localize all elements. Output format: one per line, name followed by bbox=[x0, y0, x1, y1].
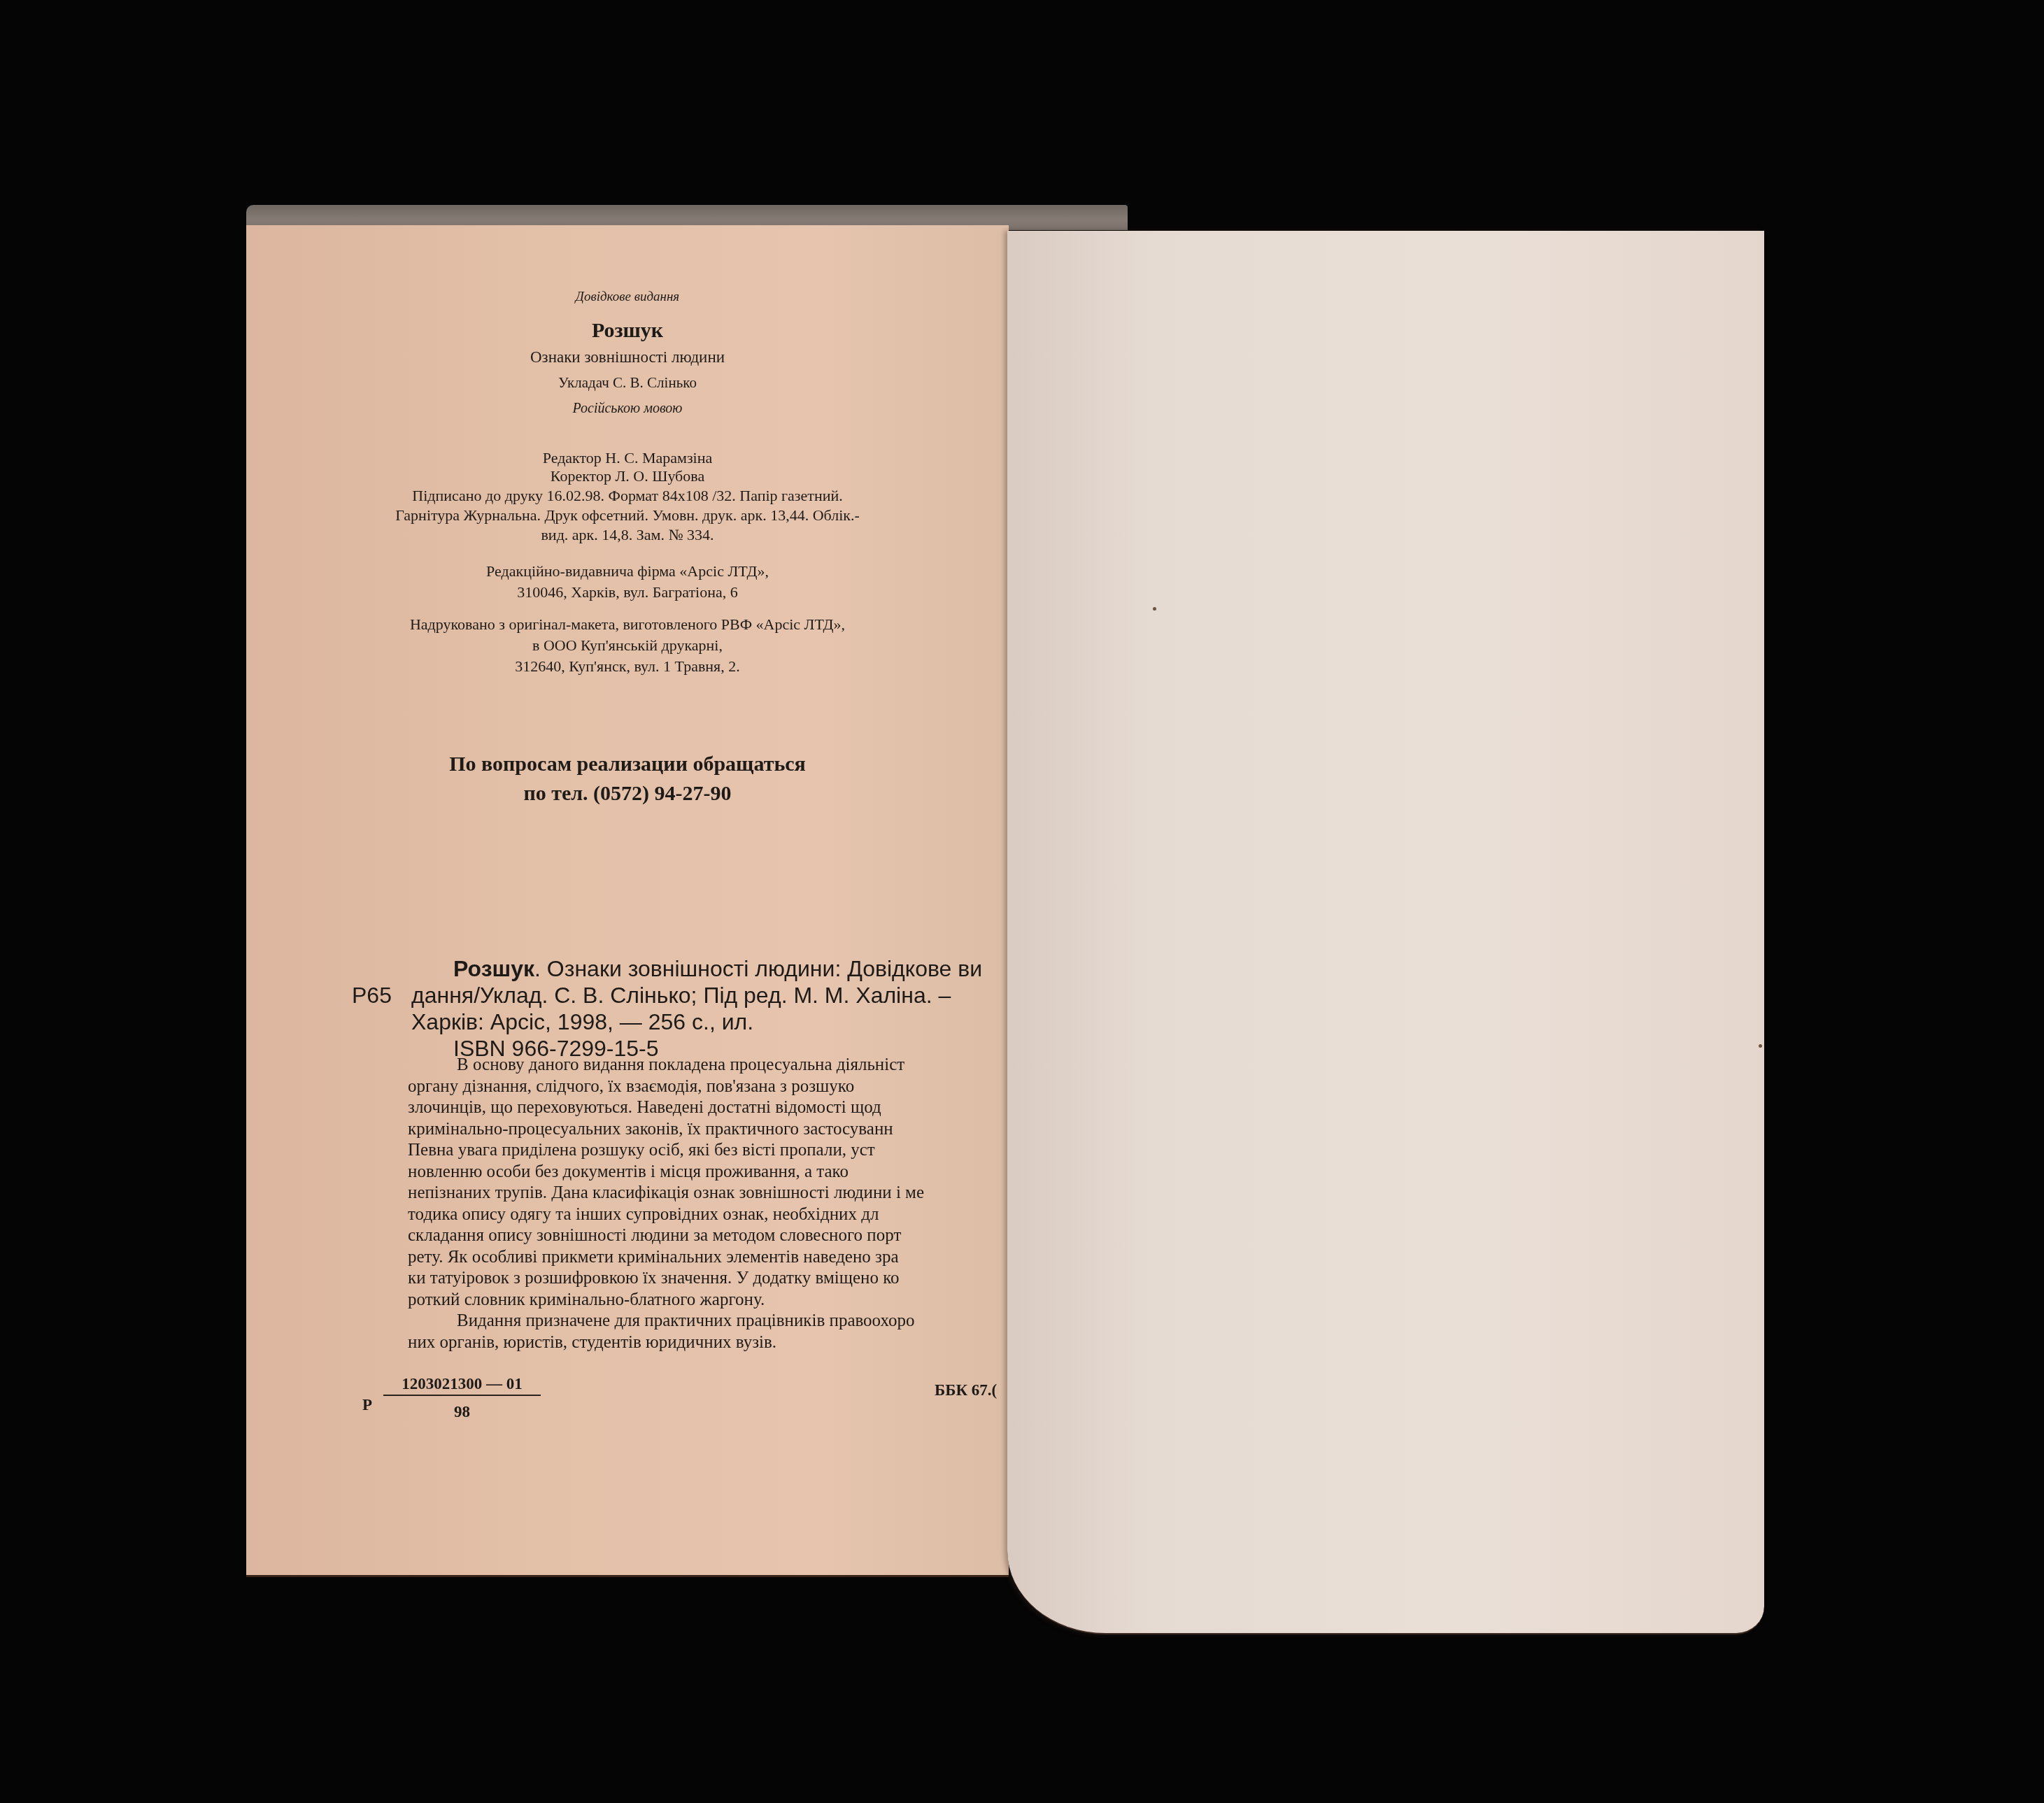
printer-info: Надруковано з оригінал-макета, виготовле… bbox=[246, 614, 1009, 677]
annotation-line: Певна увага приділена розшуку осіб, які … bbox=[408, 1140, 1009, 1162]
annotation-line: тодика опису одягу та інших супровідних … bbox=[408, 1204, 1009, 1226]
publisher-name: Редакційно-видавнича фірма «Арсіс ЛТД», bbox=[246, 561, 1009, 582]
biblio-line-2: дання/Уклад. С. В. Слінько; Під ред. М. … bbox=[411, 983, 1009, 1008]
paper-edge-mark bbox=[1759, 1044, 1762, 1048]
sales-notice-phone: по тел. (0572) 94-27-90 bbox=[246, 779, 1009, 808]
printer-line-1: Надруковано з оригінал-макета, виготовле… bbox=[246, 614, 1009, 635]
annotation-line: органу дізнання, слідчого, їх взаємодія,… bbox=[408, 1076, 1009, 1098]
catalog-numerator: 1203021300 — 01 bbox=[383, 1375, 541, 1396]
book-subtitle: Ознаки зовнішності людини bbox=[246, 348, 1009, 366]
paper-speck bbox=[1153, 607, 1156, 611]
annotation-line: В основу даного видання покладена процес… bbox=[408, 1055, 1009, 1076]
order-line: вид. арк. 14,8. Зам. № 334. bbox=[246, 525, 1009, 546]
proofreader-line: Коректор Л. О. Шубова bbox=[246, 466, 1009, 487]
publisher-address: 310046, Харків, вул. Багратіона, 6 bbox=[246, 582, 1009, 603]
typeface-line: Гарнітура Журнальна. Друк офсетний. Умов… bbox=[246, 505, 1009, 526]
print-signed-line: Підписано до друку 16.02.98. Формат 84х1… bbox=[246, 485, 1009, 506]
biblio-line-3: Харків: Арсіс, 1998, — 256 с., ил. bbox=[411, 1009, 753, 1034]
annotation-line: ки татуіровок з розшифровкою їх значення… bbox=[408, 1268, 1009, 1290]
biblio-line-1: Розшук. Ознаки зовнішності людини: Довід… bbox=[453, 956, 1009, 981]
sales-notice: По вопросам реализации обращаться по тел… bbox=[246, 750, 1009, 808]
edition-type: Довідкове видання bbox=[246, 290, 1009, 305]
annotation-line: рету. Як особливі прикмети кримінальних … bbox=[408, 1247, 1009, 1269]
annotation: В основу даного видання покладена процес… bbox=[408, 1055, 1009, 1353]
annotation-line: них органів, юристів, студентів юридични… bbox=[408, 1332, 1009, 1354]
annotation-line: злочинців, що переховуються. Наведені до… bbox=[408, 1097, 1009, 1119]
sales-notice-line-1: По вопросам реализации обращаться bbox=[246, 750, 1009, 779]
book-title: Розшук bbox=[246, 319, 1009, 343]
compiler: Укладач С. В. Слінько bbox=[246, 374, 1009, 392]
flyleaf-page bbox=[1007, 231, 1764, 1634]
imprint-page: Довідкове видання Розшук Ознаки зовнішно… bbox=[246, 225, 1009, 1577]
bbk-code: ББК 67.( bbox=[935, 1381, 1010, 1399]
biblio-line-1-rest: . Ознаки зовнішності людини: Довідкове в… bbox=[534, 956, 982, 981]
annotation-line: кримінально-процесуальних законів, їх пр… bbox=[408, 1119, 1009, 1141]
annotation-line: непізнаних трупів. Дана класифікація озн… bbox=[408, 1183, 1009, 1204]
annotation-line: складання опису зовнішності людини за ме… bbox=[408, 1225, 1009, 1247]
biblio-title: Розшук bbox=[453, 956, 534, 981]
catalog-prefix: Р bbox=[362, 1396, 372, 1414]
annotation-line: новленню особи без документів і місця пр… bbox=[408, 1162, 1009, 1183]
annotation-line: Видання призначене для практичних праців… bbox=[408, 1311, 1009, 1332]
imprint-details: Редактор Н. С. Марамзіна Коректор Л. О. … bbox=[246, 448, 1009, 546]
language-note: Російською мовою bbox=[246, 401, 1009, 417]
publisher-info: Редакційно-видавнича фірма «Арсіс ЛТД», … bbox=[246, 561, 1009, 603]
annotation-line: роткий словник кримінально-блатного жарг… bbox=[408, 1290, 1009, 1311]
printer-line-3: 312640, Куп'янск, вул. 1 Травня, 2. bbox=[246, 656, 1009, 677]
classifier-code: Р65 bbox=[352, 983, 392, 1008]
printer-line-2: в ООО Куп'янській друкарні, bbox=[246, 635, 1009, 656]
catalog-denominator: 98 bbox=[383, 1403, 541, 1421]
